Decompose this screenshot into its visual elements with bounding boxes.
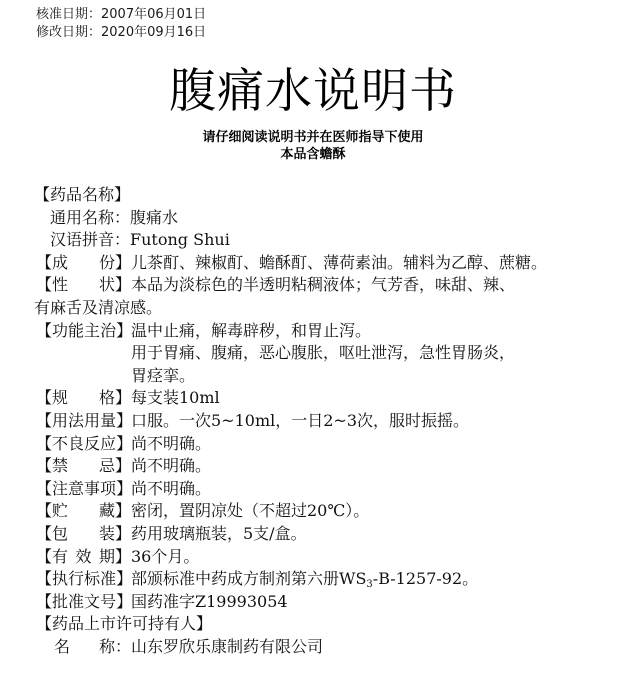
document-title: 腹痛水说明书 [0, 62, 626, 122]
section-label: 【药品上市许可持有人】 [36, 613, 212, 636]
section-value: 密闭，置阴凉处（不超过20℃）。 [131, 500, 621, 523]
section-label: 【 注意事项 】 [36, 478, 131, 501]
section-standard: 【 执行标准 】 部颁标准中药成方制剂第六册WS3-B-1257-92。 [36, 568, 621, 591]
section-storage: 【 贮藏 】 密闭，置阴凉处（不超过20℃）。 [36, 500, 621, 523]
section-specification: 【 规格 】 每支装10ml [36, 387, 621, 410]
section-drug-name: 【药品名称】 [36, 184, 621, 207]
generic-name-row: 通用名称：腹痛水 [36, 207, 621, 230]
section-dosage: 【 用法用量 】 口服。一次5~10ml，一日2~3次，服时振摇。 [36, 410, 621, 433]
section-description: 【 性状 】 本品为淡棕色的半透明粘稠液体；气芳香，味甜、辣、 [36, 274, 621, 297]
generic-name-label: 通用名称： [50, 207, 130, 230]
section-label: 【 执行标准 】 [36, 568, 131, 591]
section-label: 【 成份 】 [36, 252, 131, 275]
section-value: 部颁标准中药成方制剂第六册WS3-B-1257-92。 [131, 568, 621, 591]
section-license-holder: 【药品上市许可持有人】 [36, 613, 621, 636]
section-label: 【 包装 】 [36, 523, 131, 546]
subtitle-warning: 本品含蟾酥 [0, 146, 626, 163]
section-label: 【 用法用量 】 [36, 410, 131, 433]
section-label: 【 批准文号 】 [36, 591, 131, 614]
subtitle: 请仔细阅读说明书并在医师指导下使用 本品含蟾酥 [0, 129, 626, 163]
section-value: 尚不明确。 [131, 433, 621, 456]
pinyin-label: 汉语拼音： [50, 229, 130, 252]
section-label: 【药品名称】 [34, 184, 130, 207]
section-value: 儿茶酊、辣椒酊、蟾酥酊、薄荷素油。辅料为乙醇、蔗糖。 [131, 252, 621, 275]
section-value: 药用玻璃瓶装，5支/盒。 [131, 523, 621, 546]
section-label: 【 不良反应 】 [36, 433, 131, 456]
section-indications: 【 功能主治 】 温中止痛，解毒辟秽，和胃止泻。 [36, 320, 621, 343]
section-label: 【 性状 】 [36, 274, 131, 297]
subtitle-instruction: 请仔细阅读说明书并在医师指导下使用 [0, 129, 626, 146]
section-value: 温中止痛，解毒辟秽，和胃止泻。 [131, 320, 621, 343]
section-ingredients: 【 成份 】 儿茶酊、辣椒酊、蟾酥酊、薄荷素油。辅料为乙醇、蔗糖。 [36, 252, 621, 275]
section-label: 【 禁忌 】 [36, 455, 131, 478]
section-label: 【 贮藏 】 [36, 500, 131, 523]
pinyin-value: Futong Shui [130, 229, 230, 252]
approval-date-label: 核准日期： [36, 7, 101, 22]
document-dates: 核准日期：2007年06月01日 修改日期：2020年09月16日 [36, 6, 206, 42]
section-approval-number: 【 批准文号 】 国药准字Z19993054 [36, 591, 621, 614]
approval-date-line: 核准日期：2007年06月01日 [36, 6, 206, 24]
section-value: 36个月。 [131, 546, 621, 569]
section-value: 国药准字Z19993054 [131, 591, 621, 614]
section-label: 【 功能主治 】 [36, 320, 131, 343]
indications-line-2: 用于胃痛、腹痛，恶心腹胀，呕吐泄泻，急性胃肠炎， [36, 342, 621, 365]
section-label: 【 规格 】 [36, 387, 131, 410]
section-contraindications: 【 禁忌 】 尚不明确。 [36, 455, 621, 478]
section-value: 口服。一次5~10ml，一日2~3次，服时振摇。 [131, 410, 621, 433]
indications-line-3: 胃痉挛。 [36, 365, 621, 388]
section-shelf-life: 【 有效期 】 36个月。 [36, 546, 621, 569]
generic-name-value: 腹痛水 [130, 207, 178, 230]
revision-date-line: 修改日期：2020年09月16日 [36, 24, 206, 42]
section-value: 本品为淡棕色的半透明粘稠液体；气芳香，味甜、辣、 [131, 274, 621, 297]
document-body: 【药品名称】 通用名称：腹痛水 汉语拼音：Futong Shui 【 成份 】 … [36, 184, 621, 658]
approval-date: 2007年06月01日 [101, 7, 206, 22]
section-precautions: 【 注意事项 】 尚不明确。 [36, 478, 621, 501]
section-value: 尚不明确。 [131, 478, 621, 501]
section-adverse-reactions: 【 不良反应 】 尚不明确。 [36, 433, 621, 456]
section-label: 【 有效期 】 [36, 546, 131, 569]
license-holder-name-row: 名称： 山东罗欣乐康制药有限公司 [36, 636, 621, 659]
section-package: 【 包装 】 药用玻璃瓶装，5支/盒。 [36, 523, 621, 546]
license-holder-name: 山东罗欣乐康制药有限公司 [131, 636, 621, 659]
description-continuation: 有麻舌及清凉感。 [34, 297, 621, 320]
section-value: 尚不明确。 [131, 455, 621, 478]
name-label: 名称： [36, 636, 131, 659]
section-value: 每支装10ml [131, 387, 621, 410]
pinyin-row: 汉语拼音：Futong Shui [36, 229, 621, 252]
revision-date-label: 修改日期： [36, 25, 101, 40]
revision-date: 2020年09月16日 [101, 25, 206, 40]
